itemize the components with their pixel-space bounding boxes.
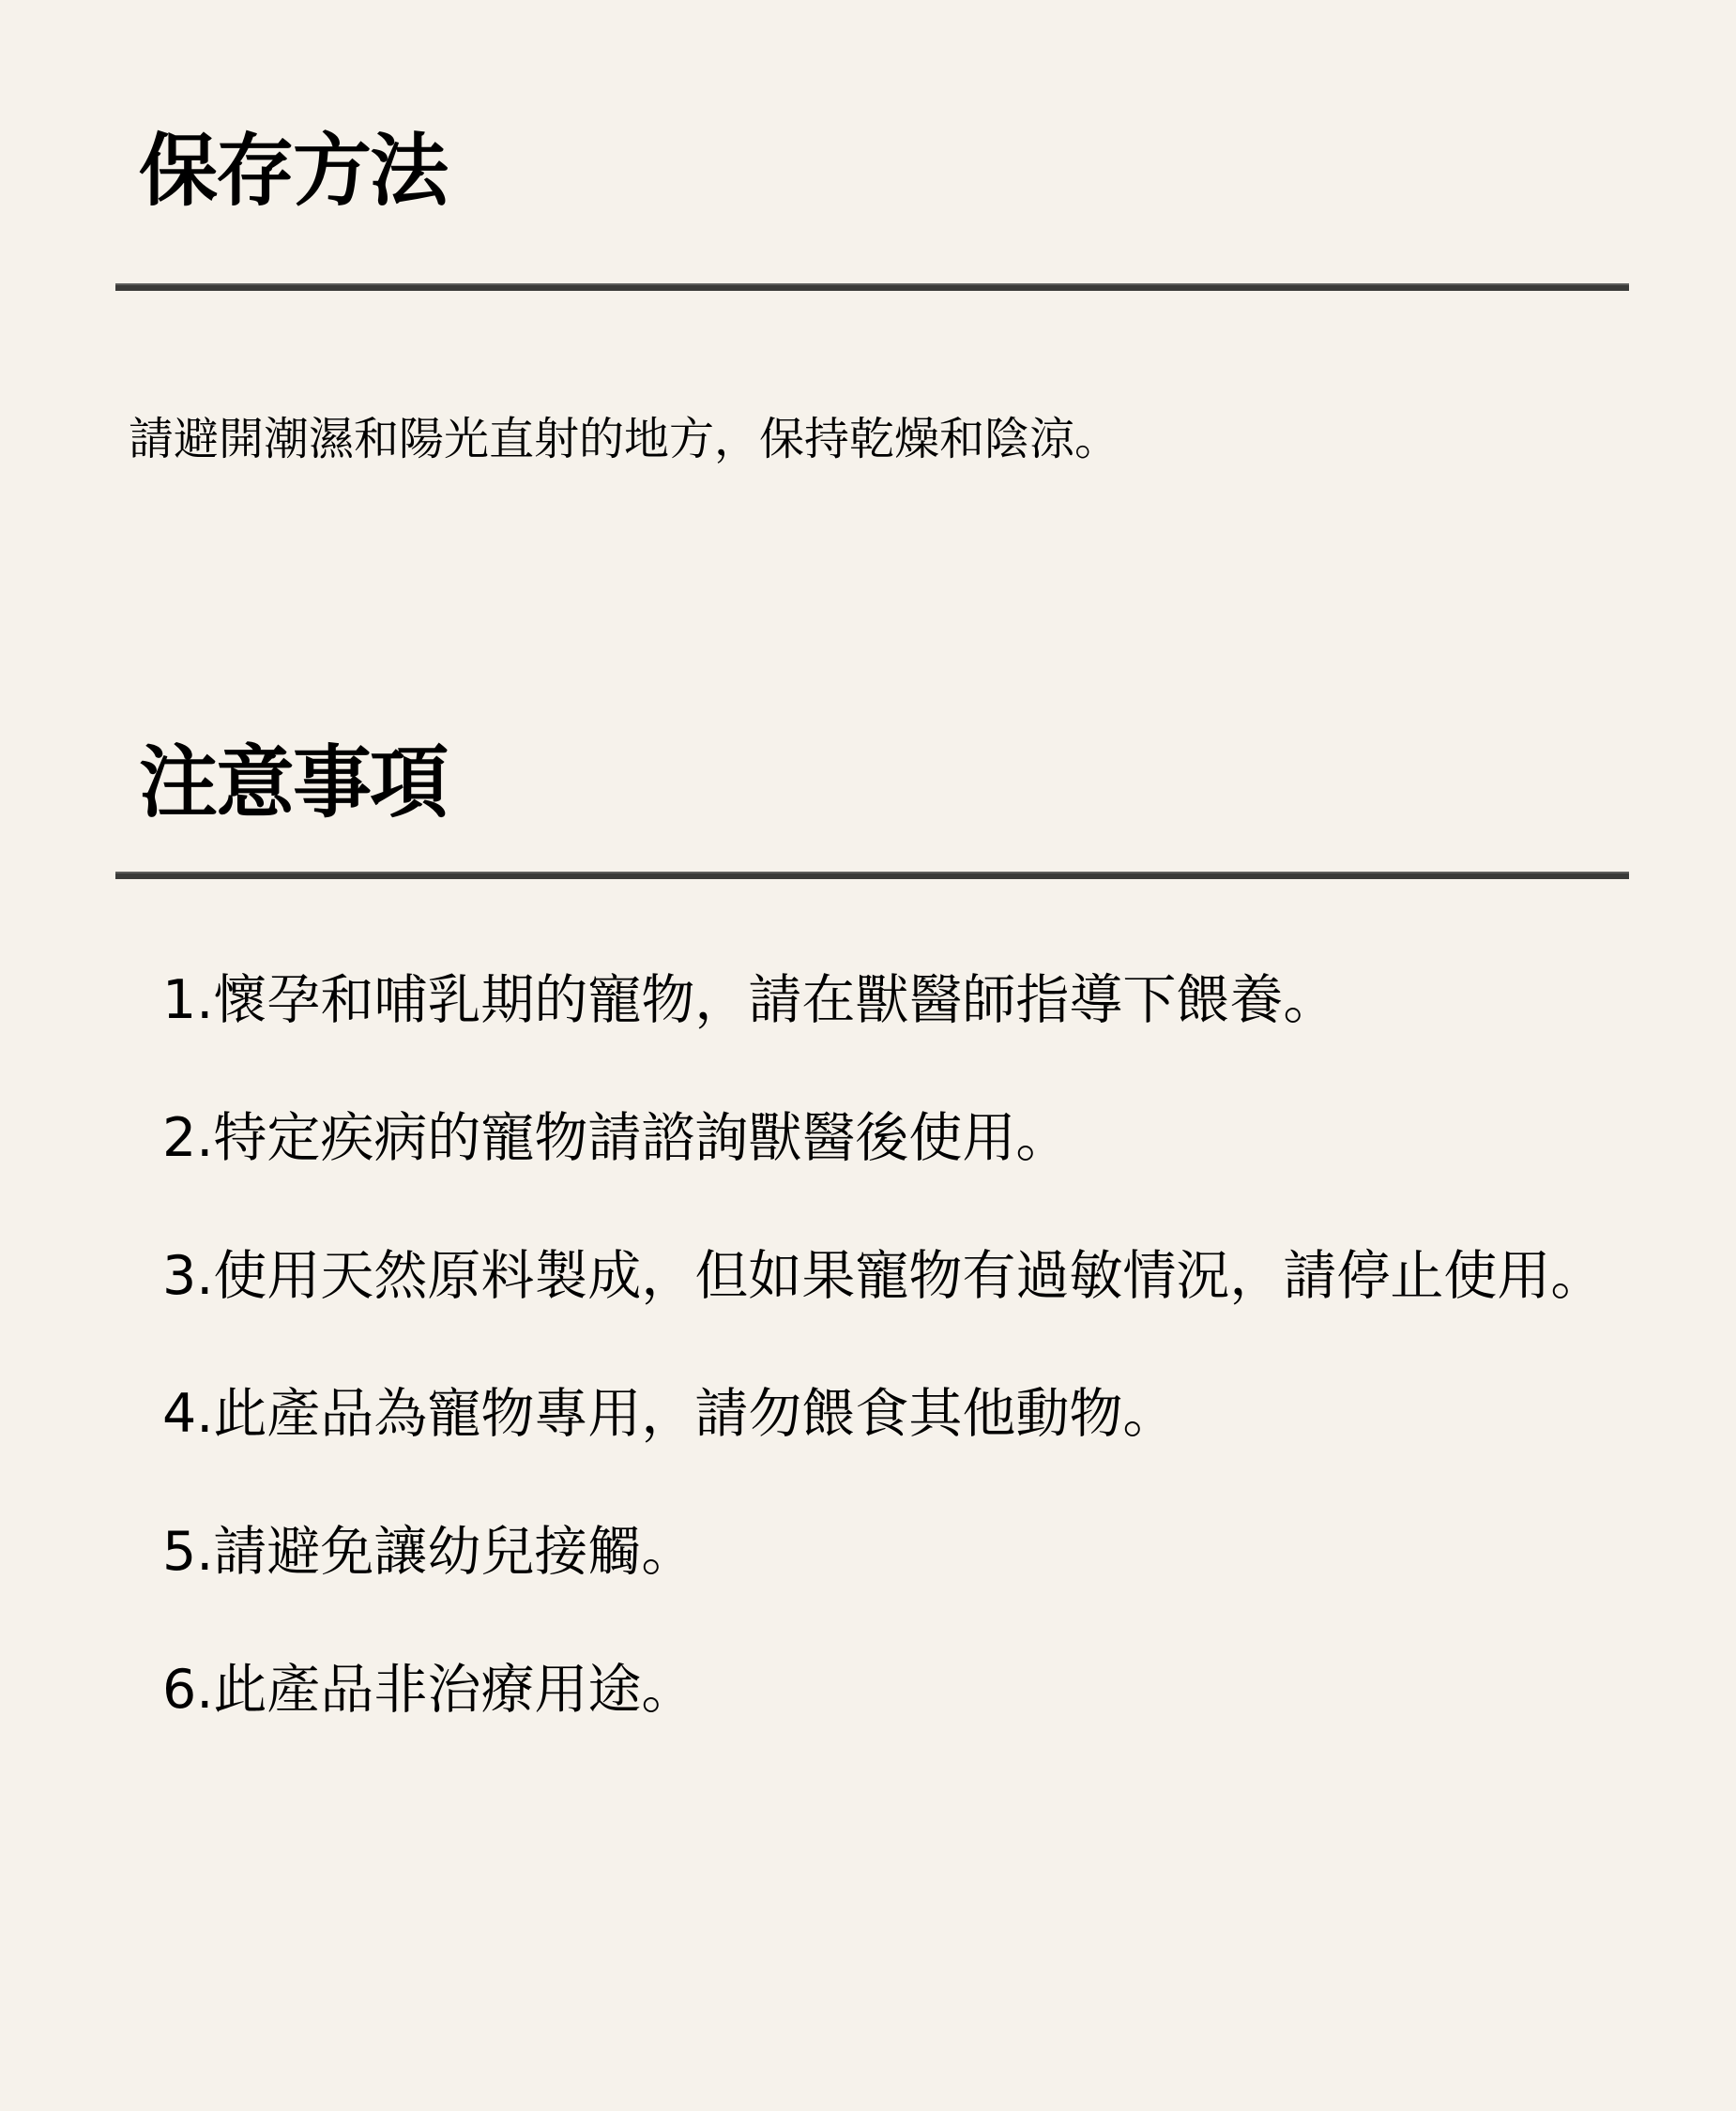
notices-heading: 注意事項 [139, 743, 447, 822]
notice-item-5: 5.請避免讓幼兒接觸。 [162, 1526, 1604, 1663]
notice-item-4: 4.此產品為寵物專用，請勿餵食其他動物。 [162, 1388, 1604, 1526]
notices-list: 1.懷孕和哺乳期的寵物，請在獸醫師指導下餵養。 2.特定疾病的寵物請諮詢獸醫後使… [162, 974, 1604, 1801]
notice-item-1: 1.懷孕和哺乳期的寵物，請在獸醫師指導下餵養。 [162, 974, 1604, 1112]
notice-item-2: 2.特定疾病的寵物請諮詢獸醫後使用。 [162, 1112, 1604, 1250]
storage-heading: 保存方法 [139, 131, 447, 210]
notice-item-6: 6.此產品非治療用途。 [162, 1663, 1604, 1801]
notices-divider [115, 872, 1629, 879]
storage-divider [115, 283, 1629, 291]
storage-instructions: 請避開潮濕和陽光直射的地方，保持乾燥和陰涼。 [129, 417, 1119, 462]
notice-item-3: 3.使用天然原料製成，但如果寵物有過敏情況，請停止使用。 [162, 1250, 1604, 1388]
